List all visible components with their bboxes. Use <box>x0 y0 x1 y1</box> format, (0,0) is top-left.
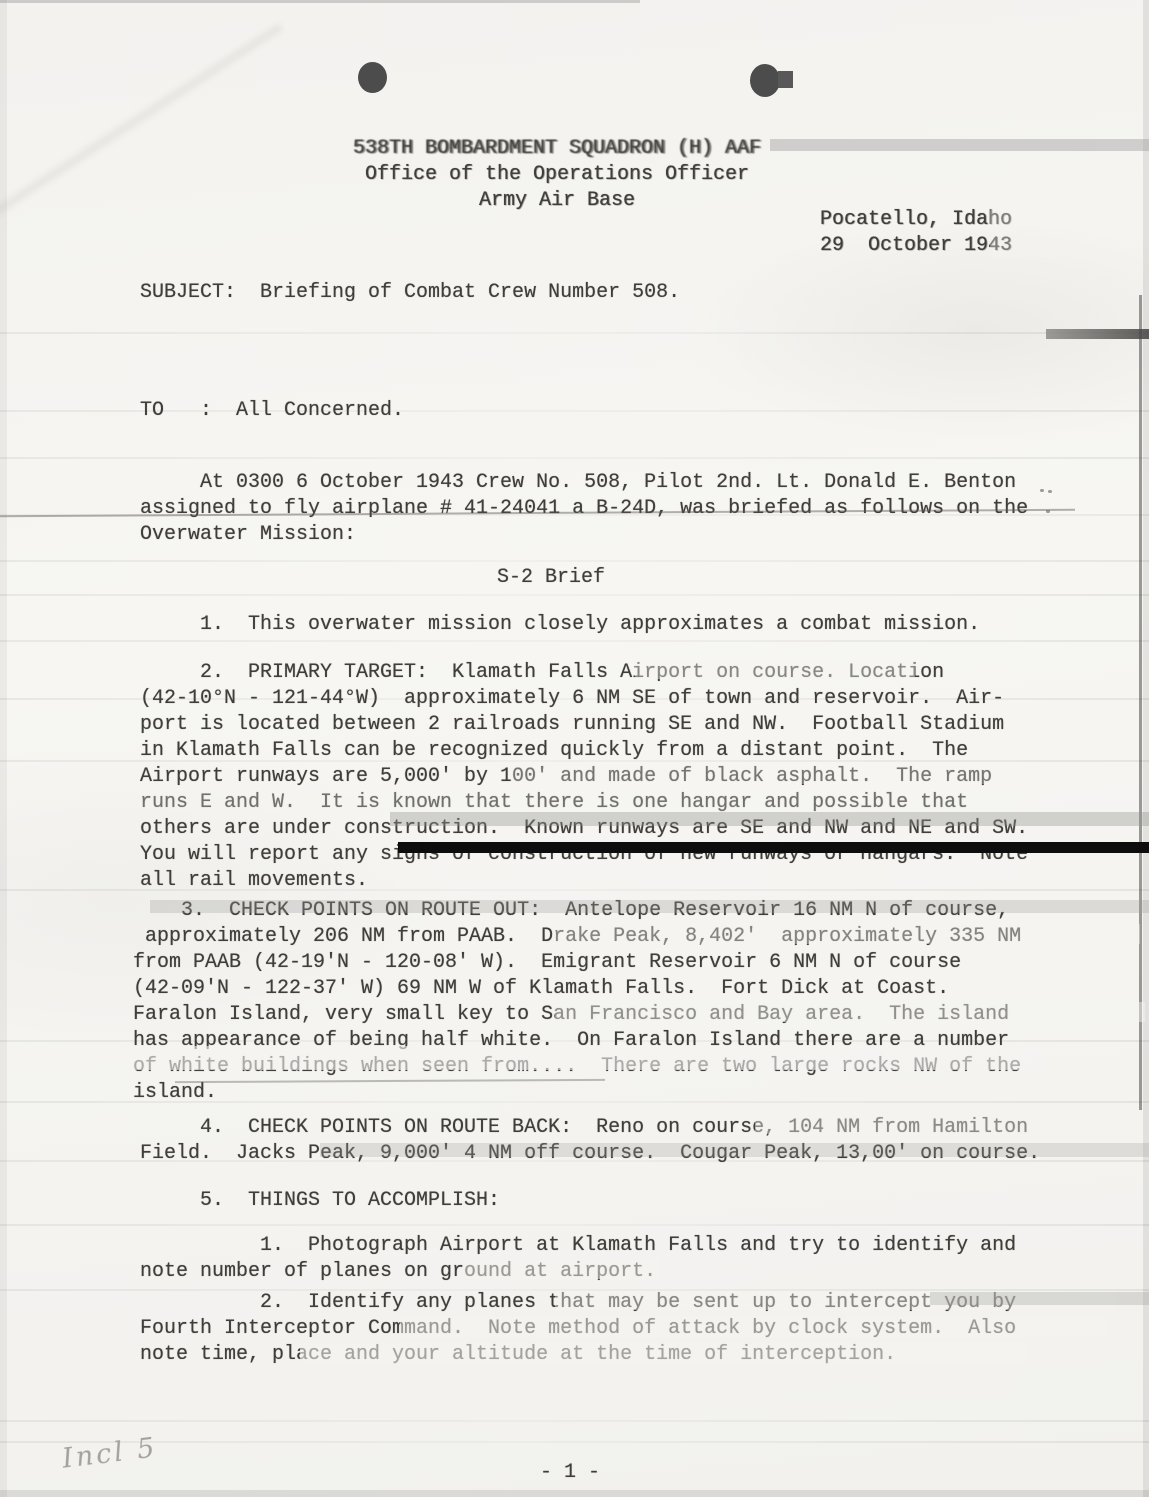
sub-item-2: 2. Identify any planes that may be sent … <box>140 1290 1016 1368</box>
letterhead-base-line: Army Air Base <box>277 188 837 214</box>
page-right-edge <box>1143 0 1149 1497</box>
page-left-edge <box>0 0 7 1497</box>
dateline-date: 29 October 1943 <box>820 233 1012 259</box>
scan-streak <box>0 332 1149 334</box>
document-page: 538TH BOMBARDMENT SQUADRON (H) AAF Offic… <box>0 0 1149 1497</box>
scan-streak <box>0 457 1149 459</box>
page-number: - 1 - <box>540 1460 600 1486</box>
smudge-overlay <box>320 1143 1149 1157</box>
scan-streak <box>0 1420 1149 1422</box>
handwritten-incl-note: Incl 5 <box>60 1432 159 1474</box>
page-top-edge <box>0 0 640 3</box>
ink-speck <box>1040 489 1044 492</box>
brief-heading: S-2 Brief <box>497 565 605 591</box>
hole-punch-right <box>750 64 780 97</box>
item-1: 1. This overwater mission closely approx… <box>140 612 980 638</box>
ink-speck <box>1046 510 1050 513</box>
page-bottom-edge <box>0 1490 1149 1497</box>
scan-vertical-line <box>1139 295 1142 1110</box>
paper-crease <box>0 23 283 227</box>
scan-streak <box>0 594 1149 596</box>
scan-streak <box>0 1224 1149 1226</box>
scan-streak <box>0 560 1149 562</box>
subject-line: SUBJECT: Briefing of Combat Crew Number … <box>140 280 680 306</box>
to-line: TO : All Concerned. <box>140 398 404 424</box>
hole-punch-left <box>358 62 387 93</box>
item-2: 2. PRIMARY TARGET: Klamath Falls Airport… <box>140 660 1028 894</box>
smudge-overlay <box>150 900 1149 913</box>
dateline-place: Pocatello, Idaho <box>820 207 1012 233</box>
redaction-bar <box>398 842 1149 853</box>
scan-streak <box>0 640 1149 642</box>
hole-punch-tab <box>778 71 793 88</box>
scan-streak-dark <box>1046 329 1149 339</box>
smudge-overlay <box>390 812 1149 826</box>
scan-streak <box>0 1441 1149 1443</box>
smudge-overlay <box>930 1292 1149 1305</box>
letterhead: 538TH BOMBARDMENT SQUADRON (H) AAF Offic… <box>277 136 837 214</box>
sub-item-1: 1. Photograph Airport at Klamath Falls a… <box>140 1233 1016 1285</box>
letterhead-office-line: Office of the Operations Officer <box>277 162 837 188</box>
item-5: 5. THINGS TO ACCOMPLISH: <box>140 1188 500 1214</box>
letterhead-squadron-line: 538TH BOMBARDMENT SQUADRON (H) AAF <box>277 136 837 162</box>
ink-speck <box>1048 490 1052 493</box>
item-3: 3. CHECK POINTS ON ROUTE OUT: Antelope R… <box>133 898 1021 1106</box>
item-4: 4. CHECK POINTS ON ROUTE BACK: Reno on c… <box>140 1115 1040 1167</box>
smudge-overlay <box>770 139 1149 151</box>
